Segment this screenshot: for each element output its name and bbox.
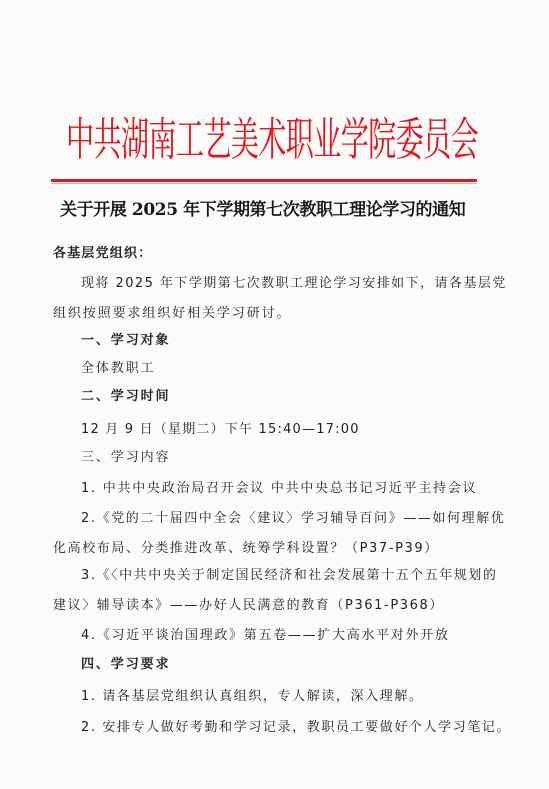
- salutation: 各基层党组织：: [53, 244, 152, 264]
- requirement-item-2: 2. 安排专人做好考勤和学习记录，教职员工要做好个人学习笔记。: [81, 718, 511, 738]
- content-item-3-line-1: 3.《〈中共中央关于制定国民经济和社会发展第十五个五年规划的: [81, 566, 497, 586]
- document-page: 中共湖南工艺美术职业学院委员会 关于开展 2025 年下学期第七次教职工理论学习…: [0, 0, 549, 789]
- document-title: 关于开展 2025 年下学期第七次教职工理论学习的通知: [60, 197, 490, 223]
- content-item-4: 4.《习近平谈治国理政》第五卷——扩大高水平对外开放: [81, 626, 450, 646]
- letterhead-divider: [51, 179, 477, 182]
- section-heading-time: 二、学习时间: [81, 387, 170, 407]
- intro-line-1: 现将 2025 年下学期第七次教职工理论学习安排如下，请各基层党: [81, 274, 507, 294]
- section-heading-content: 三、学习内容: [81, 448, 170, 468]
- audience-text: 全体教职工: [81, 359, 156, 379]
- intro-line-2: 组织按照要求组织好相关学习研讨。: [53, 304, 291, 324]
- content-item-1: 1. 中共中央政治局召开会议 中共中央总书记习近平主持会议: [81, 479, 477, 499]
- time-text: 12 月 9 日（星期二）下午 15:40—17:00: [81, 420, 360, 440]
- letterhead-organization: 中共湖南工艺美术职业学院委员会: [66, 114, 464, 166]
- section-heading-requirements: 四、学习要求: [81, 655, 170, 675]
- content-item-2-line-1: 2.《党的二十届四中全会〈建议〉学习辅导百问》——如何理解优: [81, 509, 505, 529]
- letterhead-divider-shadow: [51, 183, 477, 184]
- content-item-3-line-2: 建议〉辅导读本》——办好人民满意的教育（P361-P368）: [53, 596, 444, 616]
- section-heading-audience: 一、学习对象: [81, 331, 170, 351]
- requirement-item-1: 1. 请各基层党组织认真组织，专人解读，深入理解。: [81, 687, 424, 707]
- content-item-2-line-2: 化高校布局、分类推进改革、统筹学科设置？（P37-P39）: [53, 539, 439, 559]
- letterhead-text: 中共湖南工艺美术职业学院委员会: [66, 112, 478, 168]
